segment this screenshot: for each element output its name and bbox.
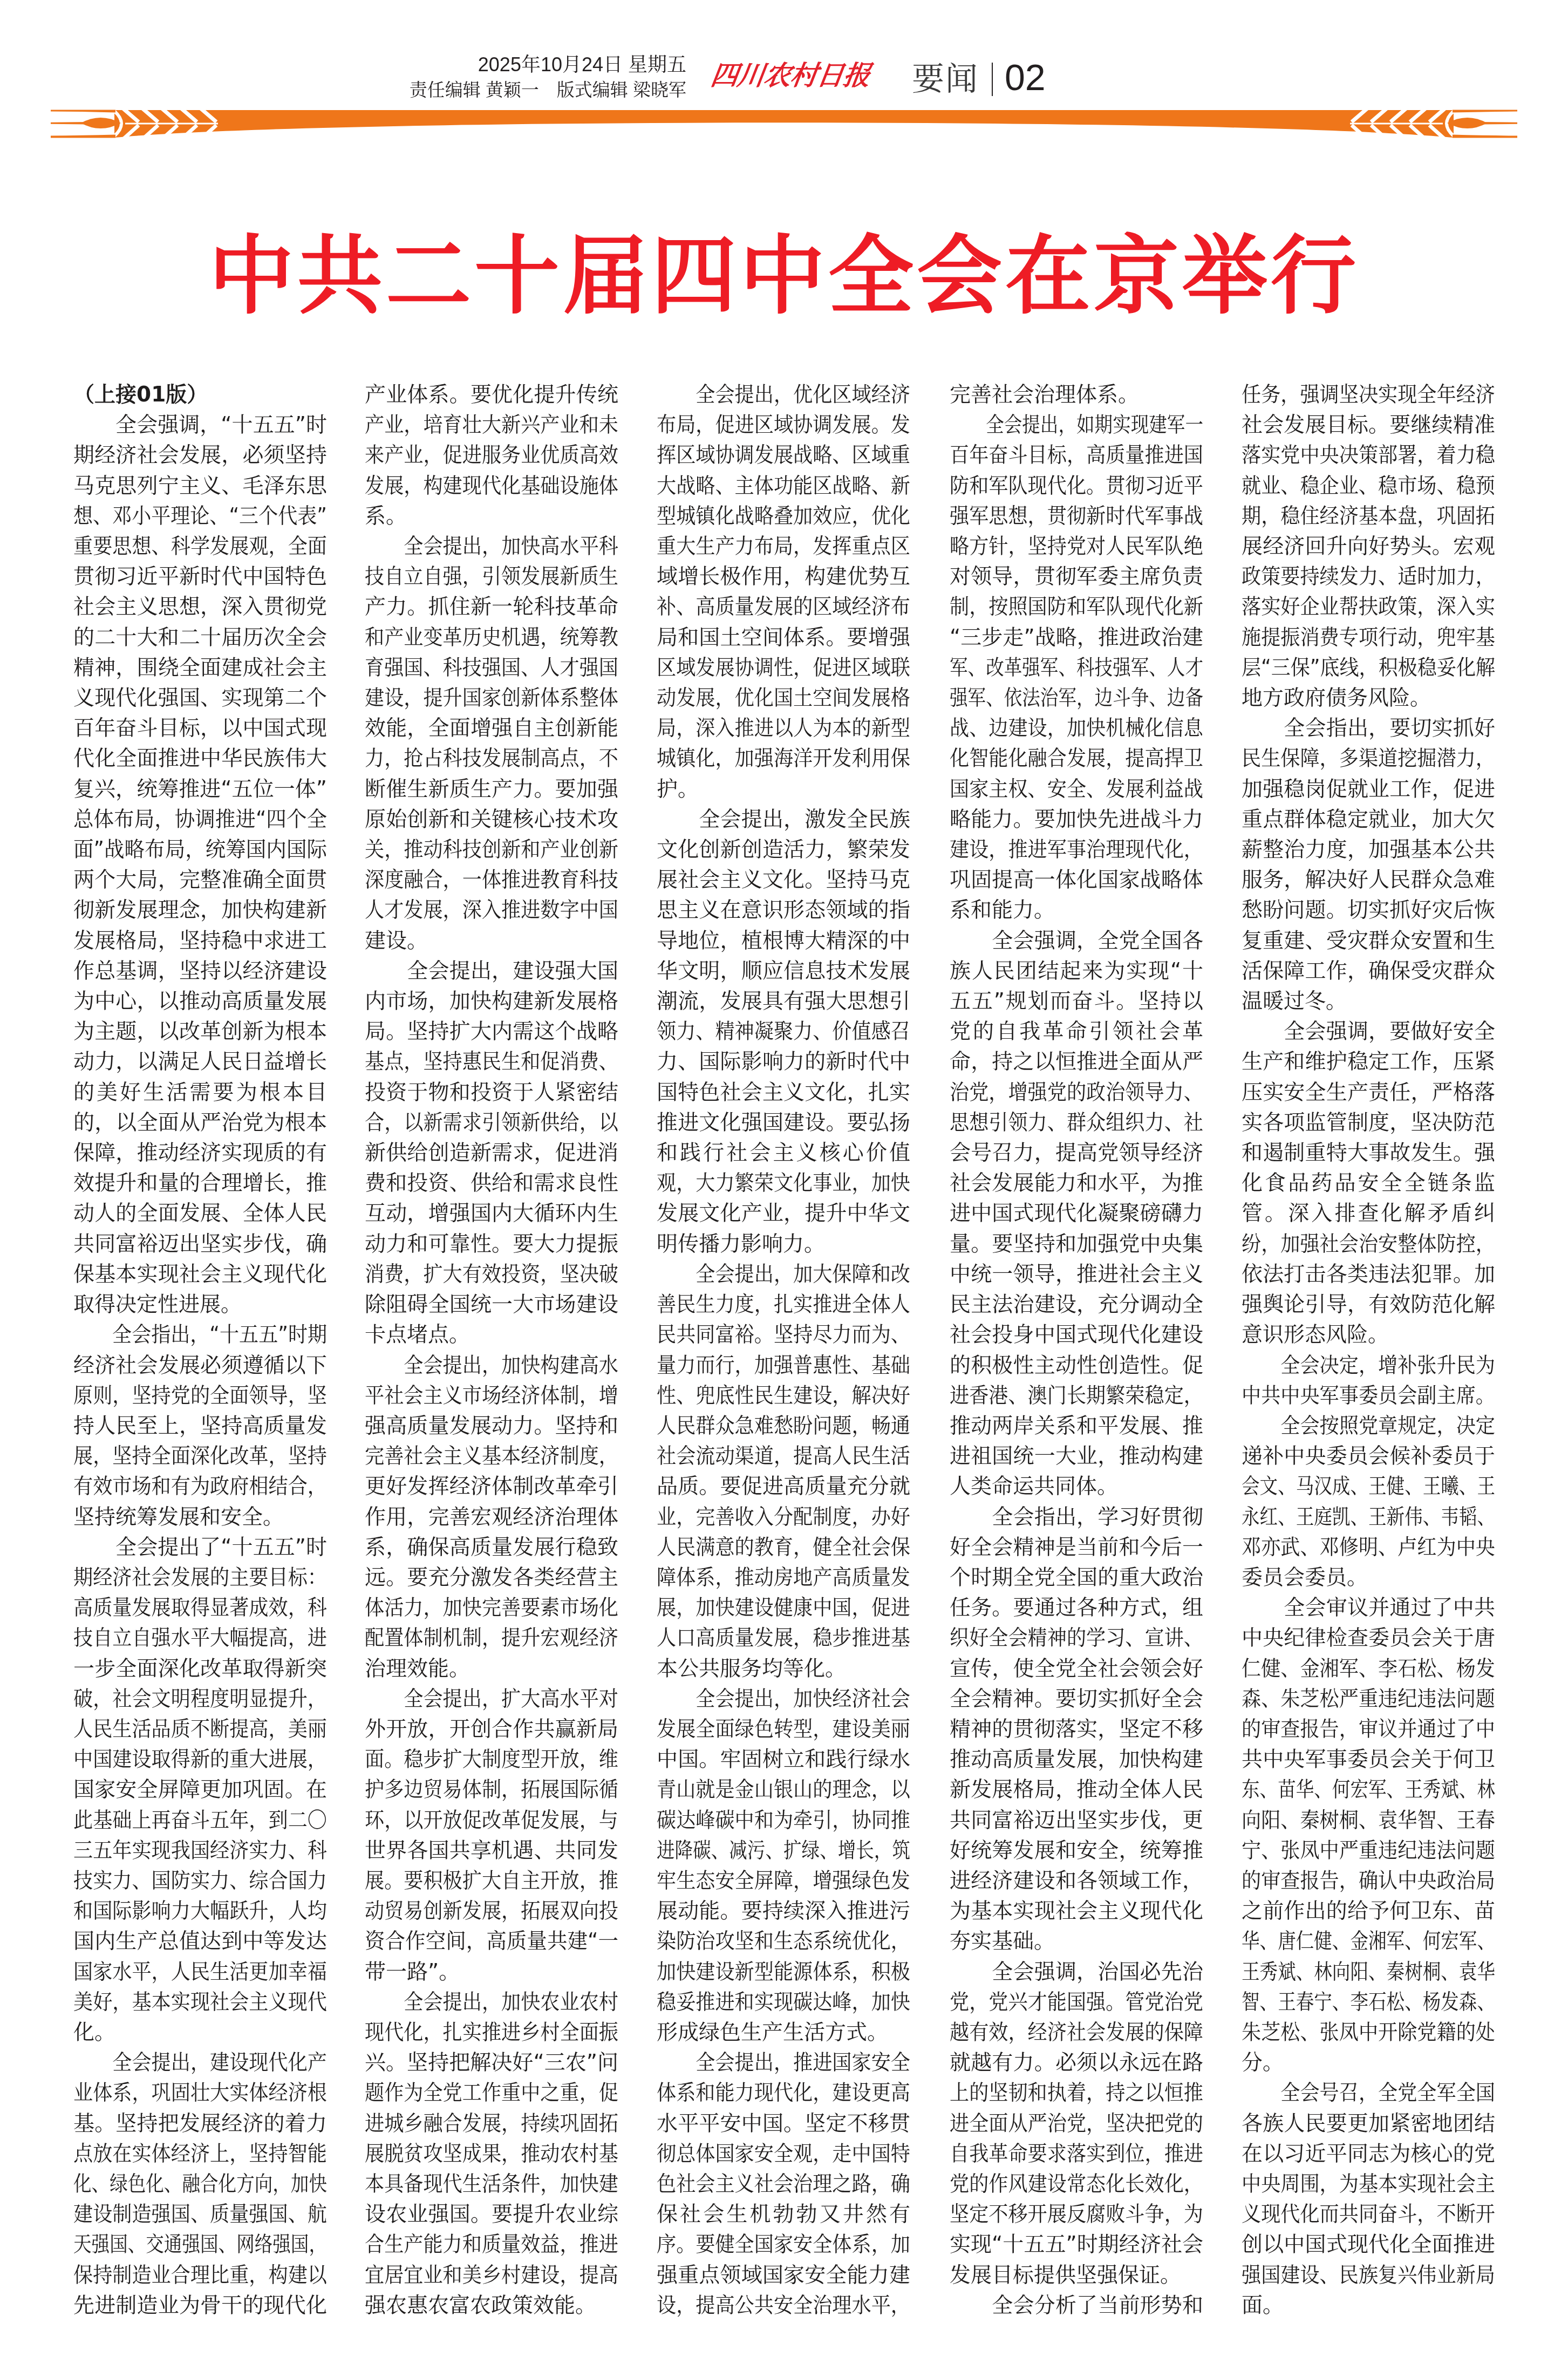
text-line: 性、兜底性民生建设，解决好: [657, 1381, 910, 1411]
text-line: 永红、王庭凯、王新伟、韦韬、: [1242, 1502, 1495, 1532]
text-line: 原则，坚持党的全面领导，坚: [73, 1381, 327, 1411]
text-line: 域增长极作用，构建优势互: [657, 562, 910, 592]
text-line: 全会号召，全党全军全国: [1242, 2078, 1495, 2108]
text-line: 宁、张凤中严重违纪违法问题: [1242, 1836, 1495, 1866]
text-line: 彻新发展理念，加快构建新: [73, 895, 327, 925]
text-line: 区域发展协调性，促进区域联: [657, 653, 910, 683]
text-line: 全会提出，如期实现建军一: [950, 410, 1203, 440]
text-line: 体系和能力现代化，建设更高: [657, 2078, 910, 2108]
text-line: 社会发展目标。要继续精准: [1242, 410, 1495, 440]
text-line: 持人民至上，坚持高质量发: [73, 1411, 327, 1441]
text-line: 华文明，顺应信息技术发展: [657, 956, 910, 986]
text-line: 完善社会治理体系。: [950, 380, 1203, 410]
text-line: 宜居宜业和美乡村建设，提高: [365, 2260, 618, 2291]
text-line: 生产和维护稳定工作，压紧: [1242, 1047, 1495, 1077]
text-line: 互动，增强国内大循环内生: [365, 1198, 618, 1229]
text-line: 中共中央军事委员会副主席。: [1242, 1381, 1495, 1411]
text-line: 略方针，坚持党对人民军队绝: [950, 532, 1203, 562]
text-line: 展社会主义文化。坚持马克: [657, 865, 910, 895]
text-line: 仁健、金湘军、李石松、杨发: [1242, 1654, 1495, 1684]
text-line: 全会提出了“十五五”时: [73, 1532, 327, 1563]
text-line: 中国。牢固树立和践行绿水: [657, 1745, 910, 1775]
text-line: 共同富裕迈出坚实步伐，更: [950, 1805, 1203, 1836]
text-line: 推动高质量发展，加快构建: [950, 1745, 1203, 1775]
text-line: 强军、依法治军，边斗争、边备: [950, 683, 1203, 713]
text-line: 政策要持续发力、适时加力，: [1242, 562, 1495, 592]
text-line: 任务。要通过各种方式，组: [950, 1593, 1203, 1623]
text-line: 自我革命要求落实到位，推进: [950, 2139, 1203, 2169]
text-line: 义现代化而共同奋斗，不断开: [1242, 2199, 1495, 2230]
text-line: 外开放，开创合作共赢新局: [365, 1714, 618, 1745]
text-line: 色社会主义社会治理之路，确: [657, 2169, 910, 2199]
text-line: 人民群众急难愁盼问题，畅通: [657, 1411, 910, 1441]
text-line: 环，以开放促改革促发展，与: [365, 1805, 618, 1836]
text-line: 军、改革强军、科技强军、人才: [950, 653, 1203, 683]
text-line: 治理效能。: [365, 1654, 618, 1684]
text-line: 命，持之以恒推进全面从严: [950, 1047, 1203, 1077]
text-line: 人民生活品质不断提高，美丽: [73, 1714, 327, 1745]
text-line: 全会提出，扩大高水平对: [365, 1684, 618, 1714]
text-line: 保持制造业合理比重，构建以: [73, 2260, 327, 2291]
text-line: 坚持统筹发展和安全。: [73, 1502, 327, 1532]
text-line: 治党，增强党的政治领导力、: [950, 1078, 1203, 1108]
text-line: 面。稳步扩大制度型开放，维: [365, 1745, 618, 1775]
text-line: 社会投身中国式现代化建设: [950, 1320, 1203, 1350]
text-line: 高质量发展取得显著成效，科: [73, 1593, 327, 1623]
text-line: 全会强调，治国必先治: [950, 1957, 1203, 1987]
text-line: 发展目标提供坚强保证。: [950, 2260, 1203, 2291]
text-line: 民共同富裕。坚持尽力而为、: [657, 1320, 910, 1350]
text-line: 制，按照国防和军队现代化新: [950, 592, 1203, 622]
text-line: 民主法治建设，充分调动全: [950, 1290, 1203, 1320]
text-line: 全会提出，激发全民族: [657, 805, 910, 835]
text-line: 体活力，加快完善要素市场化: [365, 1593, 618, 1623]
text-line: 作用，完善宏观经济治理体: [365, 1502, 618, 1532]
text-line: 递补中央委员会候补委员于: [1242, 1441, 1495, 1471]
text-line: 建设，推进军事治理现代化，: [950, 835, 1203, 865]
text-line: 上的坚韧和执着，持之以恒推: [950, 2078, 1203, 2108]
text-line: 效能，全面增强自主创新能: [365, 713, 618, 744]
banner-band: [114, 110, 1454, 138]
text-line: 保社会生机勃勃又井然有: [657, 2199, 910, 2230]
text-line: 东、苗华、何宏军、王秀斌、林: [1242, 1775, 1495, 1805]
text-line: 在以习近平同志为核心的党: [1242, 2139, 1495, 2169]
text-line: 社会流动渠道，提高人民生活: [657, 1441, 910, 1471]
text-line: 城镇化，加强海洋开发利用保: [657, 744, 910, 774]
text-line: 保障，推动经济实现质的有: [73, 1138, 327, 1168]
text-line: 进全面从严治党，坚决把党的: [950, 2109, 1203, 2139]
text-line: 业体系，巩固壮大实体经济根: [73, 2078, 327, 2108]
text-line: 宣传，使全党全社会领会好: [950, 1654, 1203, 1684]
text-line: 人类命运共同体。: [950, 1471, 1203, 1502]
text-line: 大战略、主体功能区战略、新: [657, 471, 910, 501]
text-line: 落实党中央决策部署，着力稳: [1242, 440, 1495, 471]
text-line: 展。要积极扩大自主开放，推: [365, 1866, 618, 1896]
text-line: 分。: [1242, 2048, 1495, 2078]
text-line: 基。坚持把发展经济的着力: [73, 2109, 327, 2139]
text-line: 挥区域协调发展战略、区域重: [657, 440, 910, 471]
text-line: 织好全会精神的学习、宣讲、: [950, 1623, 1203, 1653]
text-line: 国家水平，人民生活更加幸福: [73, 1957, 327, 1987]
text-line: 共中央军事委员会关于何卫: [1242, 1745, 1495, 1775]
text-line: 各族人民要更加紧密地团结: [1242, 2109, 1495, 2139]
text-line: 复兴，统筹推进“五位一体”: [73, 774, 327, 805]
text-line: 人民满意的教育，健全社会保: [657, 1532, 910, 1563]
text-line: 力，抢占科技发展制高点，不: [365, 744, 618, 774]
text-line: 国家主权、安全、发展利益战: [950, 774, 1203, 805]
text-line: 障体系，推动房地产高质量发: [657, 1563, 910, 1593]
text-line: 族人民团结起来为实现“十: [950, 956, 1203, 986]
text-line: 量力而行，加强普惠性、基础: [657, 1351, 910, 1381]
text-line: 会文、马汉成、王健、王曦、王: [1242, 1471, 1495, 1502]
text-line: 全会指出，要切实抓好: [1242, 713, 1495, 744]
text-line: 形成绿色生产生活方式。: [657, 2018, 910, 2048]
text-line: 展，坚持全面深化改革，坚持: [73, 1441, 327, 1471]
text-line: 就业、稳企业、稳市场、稳预: [1242, 471, 1495, 501]
text-line: 全会决定，增补张升民为: [1242, 1351, 1495, 1381]
text-line: 发展全面绿色转型，建设美丽: [657, 1714, 910, 1745]
text-line: 五五”规划而奋斗。坚持以: [950, 986, 1203, 1017]
text-line: 的美好生活需要为根本目: [73, 1078, 327, 1108]
text-line: 华、唐仁健、金湘军、何宏军、: [1242, 1926, 1495, 1957]
text-line: 个时期全党全国的重大政治: [950, 1563, 1203, 1593]
text-line: 依法打击各类违法犯罪。加: [1242, 1259, 1495, 1290]
text-line: 和践行社会主义核心价值: [657, 1138, 910, 1168]
text-line: 共同富裕迈出坚实步伐，确: [73, 1229, 327, 1259]
text-line: 的二十大和二十届历次全会: [73, 623, 327, 653]
text-line: 带一路”。: [365, 1957, 618, 1987]
text-line: 党的作风建设常态化长效化，: [950, 2169, 1203, 2199]
text-line: 动力，以满足人民日益增长: [73, 1047, 327, 1077]
text-line: 全会提出，加快农业农村: [365, 1987, 618, 2018]
text-line: 题作为全党工作重中之重，促: [365, 2078, 618, 2108]
text-line: 想、邓小平理论、“三个代表”: [73, 501, 327, 532]
text-line: 作总基调，坚持以经济建设: [73, 956, 327, 986]
text-line: 期经济社会发展，必须坚持: [73, 440, 327, 471]
text-line: 强军思想，贯彻新时代军事战: [950, 501, 1203, 532]
text-line: 点放在实体经济上，坚持智能: [73, 2139, 327, 2169]
text-line: 牢生态安全屏障，增强绿色发: [657, 1866, 910, 1896]
text-line: 服务，解决好人民群众急难: [1242, 865, 1495, 895]
text-line: 破，社会文明程度明显提升，: [73, 1684, 327, 1714]
text-line: 基点，坚持惠民生和促消费、: [365, 1047, 618, 1077]
text-line: 和遏制重特大事故发生。强: [1242, 1138, 1495, 1168]
text-line: 施提振消费专项行动，兜牢基: [1242, 623, 1495, 653]
text-line: 局和国土空间体系。要增强: [657, 623, 910, 653]
text-line: 智、王春宁、李石松、杨发森、: [1242, 1987, 1495, 2018]
text-line: 期经济社会发展的主要目标：: [73, 1563, 327, 1593]
text-line: 实现“十五五”时期经济社会: [950, 2230, 1203, 2260]
text-line: 有效市场和有为政府相结合，: [73, 1471, 327, 1502]
continuation-note: （上接01版）: [73, 380, 327, 410]
text-line: 重大生产力布局，发挥重点区: [657, 532, 910, 562]
text-line: 育强国、科技强国、人才强国: [365, 653, 618, 683]
text-line: 的，以全面从严治党为根本: [73, 1108, 327, 1138]
text-line: 进降碳、减污、扩绿、增长，筑: [657, 1836, 910, 1866]
text-line: 此基础上再奋斗五年，到二〇: [73, 1805, 327, 1836]
text-line: 动贸易创新发展，拓展双向投: [365, 1896, 618, 1926]
text-line: 兴。坚持把解决好“三农”问: [365, 2048, 618, 2078]
text-line: 复重建、受灾群众安置和生: [1242, 926, 1495, 956]
text-line: 强重点领域国家安全能力建: [657, 2260, 910, 2291]
text-line: 本具备现代生活条件，加快建: [365, 2169, 618, 2199]
text-line: 碳达峰碳中和为牵引，协同推: [657, 1805, 910, 1836]
text-line: 的审查报告，审议并通过了中: [1242, 1714, 1495, 1745]
text-line: 贯彻习近平新时代中国特色: [73, 562, 327, 592]
text-line: 重要思想、科学发展观，全面: [73, 532, 327, 562]
text-line: 经济社会发展必须遵循以下: [73, 1351, 327, 1381]
text-line: 中央周围，为基本实现社会主: [1242, 2169, 1495, 2199]
text-line: 推动两岸关系和平发展、推: [950, 1411, 1203, 1441]
newspaper-page: 2025年10月24日 星期五 责任编辑 黄颖一 版式编辑 梁晓军 四川农村日报…: [0, 0, 1568, 2371]
text-line: 全会提出，加快经济社会: [657, 1684, 910, 1714]
text-line: 设，提高公共安全治理水平，: [657, 2291, 910, 2321]
text-line: 进香港、澳门长期繁荣稳定，: [950, 1381, 1203, 1411]
text-line: 美好，基本实现社会主义现代: [73, 1987, 327, 2018]
text-line: 加快建设新型能源体系，积极: [657, 1957, 910, 1987]
text-line: 彻总体国家安全观，走中国特: [657, 2139, 910, 2169]
text-line: 朱芝松、张凤中开除党籍的处: [1242, 2018, 1495, 2048]
text-line: 量。要坚持和加强党中央集: [950, 1229, 1203, 1259]
text-line: 产业，培育壮大新兴产业和未: [365, 410, 618, 440]
text-line: 中央纪律检查委员会关于唐: [1242, 1623, 1495, 1653]
text-line: 设农业强国。要提升农业综: [365, 2199, 618, 2230]
text-line: 内市场，加快构建新发展格: [365, 986, 618, 1017]
text-line: 全会强调，全党全国各: [950, 926, 1203, 956]
text-line: 义现代化强国、实现第二个: [73, 683, 327, 713]
text-line: 进经济建设和各领域工作，: [950, 1866, 1203, 1896]
text-line: 向阳、秦树桐、袁华智、王春: [1242, 1805, 1495, 1836]
text-line: 实各项监管制度，坚决防范: [1242, 1108, 1495, 1138]
text-line: 型城镇化战略叠加效应，优化: [657, 501, 910, 532]
text-line: 化食品药品安全全链条监: [1242, 1168, 1495, 1198]
text-line: 全会精神。要切实抓好全会: [950, 1684, 1203, 1714]
text-line: 人口高质量发展，稳步推进基: [657, 1623, 910, 1653]
text-line: 文化创新创造活力，繁荣发: [657, 835, 910, 865]
text-line: 完善社会主义基本经济制度，: [365, 1441, 618, 1471]
text-line: 全会提出，加大保障和改: [657, 1259, 910, 1290]
text-line: 卡点堵点。: [365, 1320, 618, 1350]
text-line: 面。: [1242, 2291, 1495, 2321]
text-line: 建设制造强国、质量强国、航: [73, 2199, 327, 2230]
text-line: 先进制造业为骨干的现代化: [73, 2291, 327, 2321]
text-line: 对领导，贯彻军委主席负责: [950, 562, 1203, 592]
text-line: 力、国际影响力的新时代中: [657, 1047, 910, 1077]
text-line: 委员会委员。: [1242, 1563, 1495, 1593]
text-line: 全会提出，加快高水平科: [365, 532, 618, 562]
text-line: 染防治攻坚和生态系统优化，: [657, 1926, 910, 1957]
text-line: 保基本实现社会主义现代化: [73, 1259, 327, 1290]
text-line: 国家安全屏障更加巩固。在: [73, 1775, 327, 1805]
text-line: 系。: [365, 501, 618, 532]
text-line: 品质。要促进高质量充分就: [657, 1471, 910, 1502]
text-line: 国内生产总值达到中等发达: [73, 1926, 327, 1957]
text-line: 为主题，以改革创新为根本: [73, 1017, 327, 1047]
text-line: 坚定不移开展反腐败斗争，为: [950, 2199, 1203, 2230]
text-line: 任务，强调坚决实现全年经济: [1242, 380, 1495, 410]
text-line: 深度融合，一体推进教育科技: [365, 865, 618, 895]
text-line: 世界各国共享机遇、共同发: [365, 1836, 618, 1866]
text-line: 强农惠农富农政策效能。: [365, 2291, 618, 2321]
text-line: 百年奋斗目标，以中国式现: [73, 713, 327, 744]
text-line: 和国际影响力大幅跃升，人均: [73, 1896, 327, 1926]
text-line: 全会强调，要做好安全: [1242, 1017, 1495, 1047]
text-line: 夯实基础。: [950, 1926, 1203, 1957]
text-line: 青山就是金山银山的理念，以: [657, 1775, 910, 1805]
text-line: 全会指出，学习好贯彻: [950, 1502, 1203, 1532]
text-line: 温暖过冬。: [1242, 986, 1495, 1017]
text-line: 发展文化产业，提升中华文: [657, 1198, 910, 1229]
text-line: 化、绿色化、融合化方向，加快: [73, 2169, 327, 2199]
text-line: 系和能力。: [950, 895, 1203, 925]
article-column: 产业体系。要优化提升传统产业，培育壮大新兴产业和未来产业，促进服务业优质高效发展…: [365, 380, 618, 2321]
text-line: 序。要健全国家安全体系，加: [657, 2230, 910, 2260]
text-line: 局，深入推进以人为本的新型: [657, 713, 910, 744]
text-line: 重点群体稳定就业，加大欠: [1242, 805, 1495, 835]
text-line: 补、高质量发展的区域经济布: [657, 592, 910, 622]
text-line: 发展格局，坚持稳中求进工: [73, 926, 327, 956]
text-line: 地方政府债务风险。: [1242, 683, 1495, 713]
text-line: 原始创新和关键核心技术攻: [365, 805, 618, 835]
text-line: 活保障工作，确保受灾群众: [1242, 956, 1495, 986]
text-line: 善民生力度，扎实推进全体人: [657, 1290, 910, 1320]
text-line: 全会提出，推进国家安全: [657, 2048, 910, 2078]
text-line: 薪整治力度，加强基本公共: [1242, 835, 1495, 865]
text-line: 纷，加强社会治安整体防控，: [1242, 1229, 1495, 1259]
text-line: 好统筹发展和安全，统筹推: [950, 1836, 1203, 1866]
text-line: 建设，提升国家创新体系整体: [365, 683, 618, 713]
text-line: 全会审议并通过了中共: [1242, 1593, 1495, 1623]
text-line: 展，加快建设健康中国，促进: [657, 1593, 910, 1623]
text-line: 总体布局，协调推进“四个全: [73, 805, 327, 835]
page-title: 中共二十届四中全会在京举行: [0, 227, 1568, 326]
text-line: 新发展格局，推动全体人民: [950, 1775, 1203, 1805]
text-line: 的审查报告，确认中央政治局: [1242, 1866, 1495, 1896]
text-line: 三五年实现我国经济实力、科: [73, 1836, 327, 1866]
text-line: 全会分析了当前形势和: [950, 2291, 1203, 2321]
text-line: 越有效，经济社会发展的保障: [950, 2018, 1203, 2048]
text-line: 稳妥推进和实现碳达峰，加快: [657, 1987, 910, 2018]
text-line: 落实好企业帮扶政策，深入实: [1242, 592, 1495, 622]
text-line: 导地位，植根博大精深的中: [657, 926, 910, 956]
text-line: 展经济回升向好势头。宏观: [1242, 532, 1495, 562]
text-line: 建设。: [365, 926, 618, 956]
text-line: 层“三保”底线，积极稳妥化解: [1242, 653, 1495, 683]
text-line: 中国建设取得新的重大进展，: [73, 1745, 327, 1775]
text-line: 百年奋斗目标，高质量推进国: [950, 440, 1203, 471]
text-line: 投资于物和投资于人紧密结: [365, 1078, 618, 1108]
text-line: 战、边建设，加快机械化信息: [950, 713, 1203, 744]
text-line: 全会强调，“十五五”时: [73, 410, 327, 440]
text-line: 加强稳岗促就业工作，促进: [1242, 774, 1495, 805]
text-line: 党的自我革命引领社会革: [950, 1017, 1203, 1047]
text-line: 森、朱芝松严重违纪违法问题: [1242, 1684, 1495, 1714]
text-line: 代化全面推进中华民族伟大: [73, 744, 327, 774]
text-line: 民生保障，多渠道挖掘潜力，: [1242, 744, 1495, 774]
text-line: 技自立自强，引领发展新质生: [365, 562, 618, 592]
article-column: 任务，强调坚决实现全年经济社会发展目标。要继续精准落实党中央决策部署，着力稳就业…: [1242, 380, 1495, 2321]
text-line: 新供给创造新需求，促进消: [365, 1138, 618, 1168]
text-line: 取得决定性进展。: [73, 1290, 327, 1320]
text-line: 全会提出，建设现代化产: [73, 2048, 327, 2078]
text-line: 创以中国式现代化全面推进: [1242, 2230, 1495, 2260]
text-line: 效提升和量的合理增长，推: [73, 1168, 327, 1198]
text-line: 断催生新质生产力。要加强: [365, 774, 618, 805]
text-line: 局。坚持扩大内需这个战略: [365, 1017, 618, 1047]
text-line: 动发展，优化国土空间发展格: [657, 683, 910, 713]
text-line: 技自立自强水平大幅提高，进: [73, 1623, 327, 1653]
text-line: 化智能化融合发展，提高捍卫: [950, 744, 1203, 774]
text-line: 全会提出，优化区域经济: [657, 380, 910, 410]
text-line: 合生产能力和质量效益，推进: [365, 2230, 618, 2260]
text-line: 远。要充分激发各类经营主: [365, 1563, 618, 1593]
text-line: 明传播力影响力。: [657, 1229, 910, 1259]
text-line: 资合作空间，高质量共建“一: [365, 1926, 618, 1957]
text-line: 配置体制机制，提升宏观经济: [365, 1623, 618, 1653]
text-line: 关，推动科技创新和产业创新: [365, 835, 618, 865]
text-line: 技实力、国防实力、综合国力: [73, 1866, 327, 1896]
text-line: 强高质量发展动力。坚持和: [365, 1411, 618, 1441]
article-column: 全会提出，优化区域经济布局，促进区域协调发展。发挥区域协调发展战略、区域重大战略…: [657, 380, 910, 2321]
text-line: 社会主义思想，深入贯彻党: [73, 592, 327, 622]
text-line: 党，党兴才能国强。管党治党: [950, 1987, 1203, 2018]
text-line: 护。: [657, 774, 910, 805]
text-line: 全会指出，“十五五”时期: [73, 1320, 327, 1350]
text-line: 平社会主义市场经济体制，增: [365, 1381, 618, 1411]
text-line: 之前作出的给予何卫东、苗: [1242, 1896, 1495, 1926]
text-line: 现代化，扎实推进乡村全面振: [365, 2018, 618, 2048]
text-line: 思想引领力、群众组织力、社: [950, 1108, 1203, 1138]
text-line: 会号召力，提高党领导经济: [950, 1138, 1203, 1168]
header-banner: [0, 0, 1568, 162]
text-line: 进中国式现代化凝聚磅礴力: [950, 1198, 1203, 1229]
text-line: 观，大力繁荣文化事业，加快: [657, 1168, 910, 1198]
text-line: 推进文化强国建设。要弘扬: [657, 1108, 910, 1138]
text-line: 意识形态风险。: [1242, 1320, 1495, 1350]
text-line: 护多边贸易体制，拓展国际循: [365, 1775, 618, 1805]
text-line: 就越有力。必须以永远在路: [950, 2048, 1203, 2078]
text-line: 压实安全生产责任，严格落: [1242, 1078, 1495, 1108]
text-line: 全会提出，加快构建高水: [365, 1351, 618, 1381]
text-line: 好全会精神是当前和今后一: [950, 1532, 1203, 1563]
text-line: 化。: [73, 2018, 327, 2048]
text-line: 强国建设、民族复兴伟业新局: [1242, 2260, 1495, 2291]
text-line: 防和军队现代化。贯彻习近平: [950, 471, 1203, 501]
text-line: 国特色社会主义文化，扎实: [657, 1078, 910, 1108]
text-line: 动力和可靠性。要大力提振: [365, 1229, 618, 1259]
text-line: 马克思列宁主义、毛泽东思: [73, 471, 327, 501]
text-line: 来产业，促进服务业优质高效: [365, 440, 618, 471]
text-line: 全会提出，建设强大国: [365, 956, 618, 986]
text-line: “三步走”战略，推进政治建: [950, 623, 1203, 653]
text-line: 消费，扩大有效投资，坚决破: [365, 1259, 618, 1290]
text-line: 邓亦武、邓修明、卢红为中央: [1242, 1532, 1495, 1563]
text-line: 面”战略布局，统筹国内国际: [73, 835, 327, 865]
text-line: 略能力。要加快先进战斗力: [950, 805, 1203, 835]
text-line: 费和投资、供给和需求良性: [365, 1168, 618, 1198]
text-line: 天强国、交通强国、网络强国，: [73, 2230, 327, 2260]
text-line: 思主义在意识形态领域的指: [657, 895, 910, 925]
text-line: 除阻碍全国统一大市场建设: [365, 1290, 618, 1320]
text-line: 愁盼问题。切实抓好灾后恢: [1242, 895, 1495, 925]
text-line: 人才发展，深入推进数字中国: [365, 895, 618, 925]
text-line: 水平平安中国。坚定不移贯: [657, 2109, 910, 2139]
text-line: 进城乡融合发展，持续巩固拓: [365, 2109, 618, 2139]
text-line: 业，完善收入分配制度，办好: [657, 1502, 910, 1532]
text-line: 强舆论引导，有效防范化解: [1242, 1290, 1495, 1320]
article-column: （上接01版） 全会强调，“十五五”时期经济社会发展，必须坚持马克思列宁主义、毛…: [73, 380, 327, 2321]
text-line: 全会按照党章规定，决定: [1242, 1411, 1495, 1441]
